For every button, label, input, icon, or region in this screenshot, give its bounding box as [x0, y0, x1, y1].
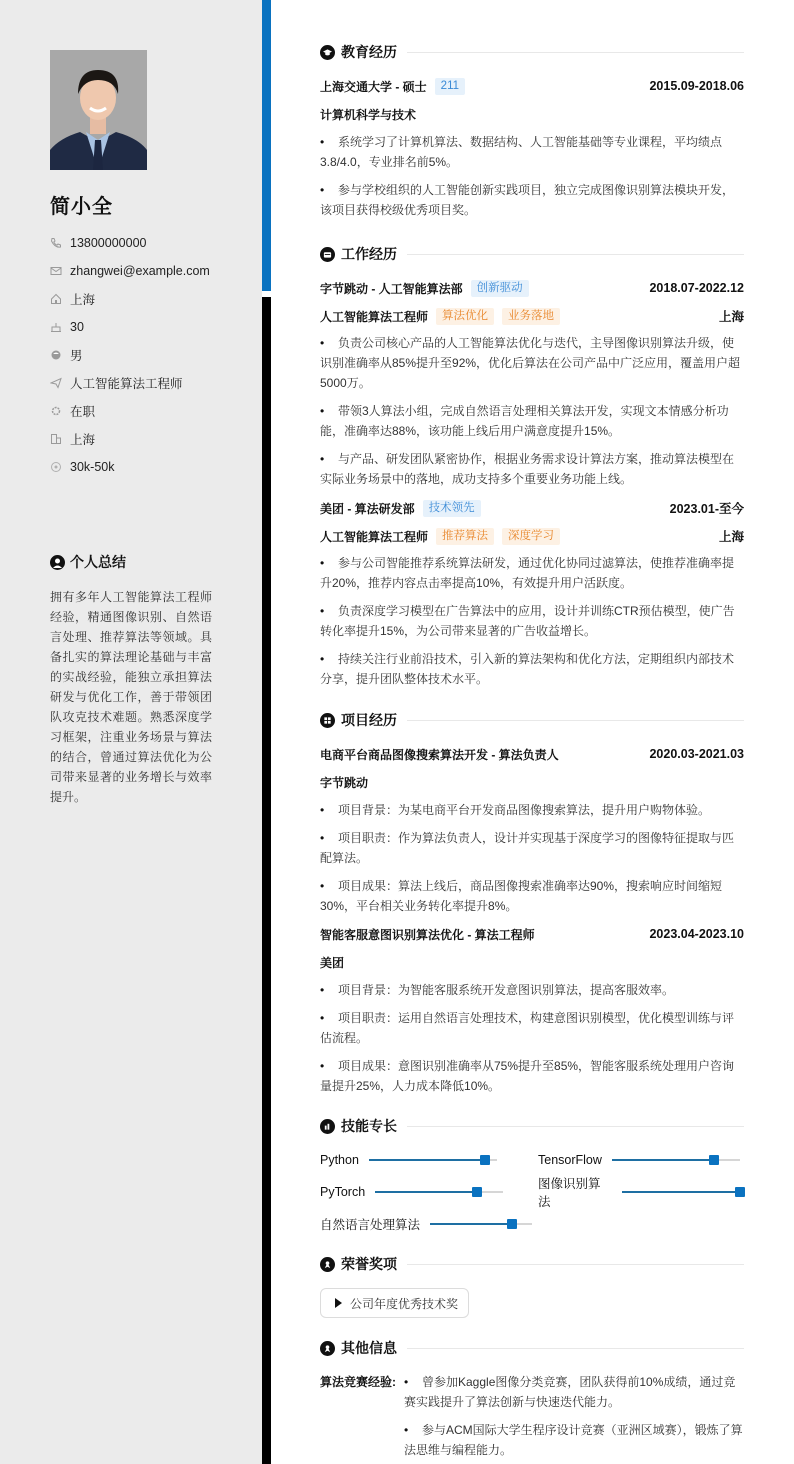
role-tag: 推荐算法 — [436, 528, 494, 545]
skills-grid: Python TensorFlow PyTorch 图像识别算法 自然语言处理算… — [320, 1150, 744, 1240]
project-2-bullets: •项目背景：为智能客服系统开发意图识别算法，提高客服效率。 •项目职责：运用自然… — [320, 980, 744, 1104]
work-city-value: 上海 — [70, 430, 95, 448]
candidate-name: 简小全 — [50, 190, 113, 219]
summary-heading: 个人总结 — [50, 552, 126, 572]
info-status: 在职 — [50, 397, 250, 425]
salary-value: 30k-50k — [70, 460, 114, 474]
list-item: •带领3人算法小组，完成自然语言处理相关算法开发，实现文本情感分析功能，准确率达… — [320, 401, 744, 441]
info-gender: 男 — [50, 341, 250, 369]
play-triangle-icon — [335, 1298, 342, 1308]
list-item: •项目职责：运用自然语言处理技术，构建意图识别模型，优化模型训练与评估流程。 — [320, 1008, 744, 1048]
work-item-2-header: 美团 - 算法研发部 技术领先 2023.01-至今 — [320, 499, 744, 517]
project-2-header: 智能客服意图识别算法优化 - 算法工程师 2023.04-2023.10 — [320, 925, 744, 943]
project-period: 2023.04-2023.10 — [649, 927, 744, 941]
info-email: zhangwei@example.com — [50, 257, 250, 285]
cake-icon — [50, 321, 62, 333]
education-title: 教育经历 — [341, 42, 397, 62]
accent-strip-blue — [262, 0, 271, 291]
project-company: 字节跳动 — [320, 774, 368, 791]
info-job-intent: 人工智能算法工程师 — [50, 369, 250, 397]
section-projects: 项目经历 — [320, 710, 744, 730]
project-1-header: 电商平台商品图像搜索算法开发 - 算法负责人 2020.03-2021.03 — [320, 745, 744, 763]
section-divider — [407, 1348, 744, 1349]
info-residence: 上海 — [50, 285, 250, 313]
gender-icon — [50, 349, 62, 361]
list-item: •项目背景：为某电商平台开发商品图像搜索算法，提升用户购物体验。 — [320, 800, 744, 820]
other-label: 算法竞赛经验: — [320, 1372, 396, 1392]
skill-python: Python — [320, 1150, 497, 1170]
work-location: 上海 — [719, 307, 744, 325]
section-education: 教育经历 — [320, 42, 744, 62]
job-role: 人工智能算法工程师 — [320, 528, 428, 545]
school-tag: 211 — [435, 78, 465, 95]
section-divider — [407, 720, 744, 721]
email-value: zhangwei@example.com — [70, 264, 210, 278]
school-name: 上海交通大学 - 硕士 — [320, 78, 427, 95]
work-item-2-role: 人工智能算法工程师 推荐算法 深度学习 上海 — [320, 527, 744, 545]
phone-value: 13800000000 — [70, 236, 146, 250]
project-period: 2020.03-2021.03 — [649, 747, 744, 761]
status-icon — [50, 405, 62, 417]
other-bullets: •曾参加Kaggle图像分类竞赛，团队获得前10%成绩，通过竞赛实践提升了算法创… — [404, 1372, 744, 1464]
briefcase-icon — [320, 247, 335, 262]
company-name: 字节跳动 - 人工智能算法部 — [320, 280, 463, 297]
skill-level-bar — [375, 1191, 503, 1193]
education-bullets: •系统学习了计算机算法、数据结构、人工智能基础等专业课程，平均绩点3.8/4.0… — [320, 132, 744, 228]
bar-chart-icon — [320, 1119, 335, 1134]
skill-level-bar — [622, 1191, 744, 1193]
education-major-row: 计算机科学与技术 — [320, 105, 744, 123]
education-header-row: 上海交通大学 - 硕士 211 2015.09-2018.06 — [320, 77, 744, 95]
accent-strip-black — [262, 297, 271, 1464]
summary-text: 拥有多年人工智能算法工程师经验，精通图像识别、自然语言处理、推荐算法等领域。具备… — [50, 587, 212, 807]
skill-level-bar — [430, 1223, 532, 1225]
list-item: •项目成果：算法上线后，商品图像搜索准确率达90%，搜索响应时间缩短30%，平台… — [320, 876, 744, 916]
work-item-2-bullets: •参与公司智能推荐系统算法研发，通过优化协同过滤算法，使推荐准确率提升20%，推… — [320, 553, 744, 697]
info-work-city: 上海 — [50, 425, 250, 453]
company-tag: 创新驱动 — [471, 280, 529, 297]
skill-label: PyTorch — [320, 1185, 365, 1199]
skill-level-bar — [369, 1159, 497, 1161]
salary-icon — [50, 461, 62, 473]
work-period: 2018.07-2022.12 — [649, 281, 744, 295]
phone-icon — [50, 237, 62, 249]
list-item: •负责深度学习模型在广告算法中的应用，设计并训练CTR预估模型，使广告转化率提升… — [320, 601, 744, 641]
award-item[interactable]: 公司年度优秀技术奖 — [320, 1288, 469, 1318]
residence-value: 上海 — [70, 290, 95, 308]
work-location: 上海 — [719, 527, 744, 545]
info-age: 30 — [50, 313, 250, 341]
section-work: 工作经历 — [320, 244, 744, 264]
work-item-1-header: 字节跳动 - 人工智能算法部 创新驱动 2018.07-2022.12 — [320, 279, 744, 297]
work-title: 工作经历 — [341, 244, 397, 264]
awards-title: 荣誉奖项 — [341, 1254, 397, 1274]
work-item-1-role: 人工智能算法工程师 算法优化 业务落地 上海 — [320, 307, 744, 325]
section-divider — [407, 254, 744, 255]
user-circle-icon — [50, 555, 65, 570]
grid-icon — [320, 713, 335, 728]
list-item: •项目背景：为智能客服系统开发意图识别算法，提高客服效率。 — [320, 980, 744, 1000]
section-divider — [407, 52, 744, 53]
status-value: 在职 — [70, 402, 95, 420]
skill-label: 图像识别算法 — [538, 1174, 612, 1210]
skill-label: 自然语言处理算法 — [320, 1215, 420, 1233]
award-icon — [320, 1257, 335, 1272]
skill-level-bar — [612, 1159, 740, 1161]
list-item: •负责公司核心产品的人工智能算法优化与迭代，主导图像识别算法升级，使识别准确率从… — [320, 333, 744, 393]
major-name: 计算机科学与技术 — [320, 106, 416, 123]
skill-nlp: 自然语言处理算法 — [320, 1214, 532, 1234]
skill-tensorflow: TensorFlow — [538, 1150, 740, 1170]
award-icon — [320, 1341, 335, 1356]
award-label: 公司年度优秀技术奖 — [350, 1295, 458, 1312]
skill-pytorch: PyTorch — [320, 1182, 503, 1202]
send-icon — [50, 377, 62, 389]
projects-title: 项目经历 — [341, 710, 397, 730]
project-name: 智能客服意图识别算法优化 - 算法工程师 — [320, 926, 535, 943]
work-item-1-bullets: •负责公司核心产品的人工智能算法优化与迭代，主导图像识别算法升级，使识别准确率从… — [320, 333, 744, 497]
list-item: •参与ACM国际大学生程序设计竞赛（亚洲区域赛），锻炼了算法思维与编程能力。 — [404, 1420, 744, 1460]
role-tag: 业务落地 — [502, 308, 560, 325]
project-name: 电商平台商品图像搜索算法开发 - 算法负责人 — [320, 746, 559, 763]
list-item: •项目职责：作为算法负责人，设计并实现基于深度学习的图像特征提取与匹配算法。 — [320, 828, 744, 868]
project-company: 美团 — [320, 954, 344, 971]
list-item: •系统学习了计算机算法、数据结构、人工智能基础等专业课程，平均绩点3.8/4.0… — [320, 132, 744, 172]
graduation-cap-icon — [320, 45, 335, 60]
mail-icon — [50, 265, 62, 277]
work-period: 2023.01-至今 — [670, 499, 744, 517]
list-item: •参与学校组织的人工智能创新实践项目，独立完成图像识别算法模块开发，该项目获得校… — [320, 180, 744, 220]
building-icon — [50, 433, 62, 445]
list-item: •项目成果：意图识别准确率从75%提升至85%，智能客服系统处理用户咨询量提升2… — [320, 1056, 744, 1096]
company-tag: 技术领先 — [423, 500, 481, 517]
education-period: 2015.09-2018.06 — [649, 79, 744, 93]
list-item: •曾参加Kaggle图像分类竞赛，团队获得前10%成绩，通过竞赛实践提升了算法创… — [404, 1372, 744, 1412]
project-1-bullets: •项目背景：为某电商平台开发商品图像搜索算法，提升用户购物体验。 •项目职责：作… — [320, 800, 744, 924]
skill-label: TensorFlow — [538, 1153, 602, 1167]
section-skills: 技能专长 — [320, 1116, 744, 1136]
info-salary: 30k-50k — [50, 453, 250, 481]
project-2-company: 美团 — [320, 953, 744, 971]
list-item: •与产品、研发团队紧密协作，根据业务需求设计算法方案，推动算法模型在实际业务场景… — [320, 449, 744, 489]
job-intent-value: 人工智能算法工程师 — [70, 374, 183, 392]
skill-label: Python — [320, 1153, 359, 1167]
section-divider — [407, 1264, 744, 1265]
contact-info-list: 13800000000 zhangwei@example.com 上海 30 男… — [50, 229, 250, 481]
section-other: 其他信息 — [320, 1338, 744, 1358]
age-value: 30 — [70, 320, 84, 334]
home-icon — [50, 293, 62, 305]
other-title: 其他信息 — [341, 1338, 397, 1358]
company-name: 美团 - 算法研发部 — [320, 500, 415, 517]
list-item: •持续关注行业前沿技术，引入新的算法架构和优化方法，定期组织内部技术分享，提升团… — [320, 649, 744, 689]
project-1-company: 字节跳动 — [320, 773, 744, 791]
role-tag: 深度学习 — [502, 528, 560, 545]
summary-title-text: 个人总结 — [70, 552, 126, 572]
gender-value: 男 — [70, 346, 83, 364]
list-item: •参与公司智能推荐系统算法研发，通过优化协同过滤算法，使推荐准确率提升20%，推… — [320, 553, 744, 593]
avatar-photo — [50, 50, 147, 170]
role-tag: 算法优化 — [436, 308, 494, 325]
skills-title: 技能专长 — [341, 1116, 397, 1136]
info-phone: 13800000000 — [50, 229, 250, 257]
job-role: 人工智能算法工程师 — [320, 308, 428, 325]
skill-image-recognition: 图像识别算法 — [538, 1182, 744, 1202]
section-awards: 荣誉奖项 — [320, 1254, 744, 1274]
section-divider — [407, 1126, 744, 1127]
